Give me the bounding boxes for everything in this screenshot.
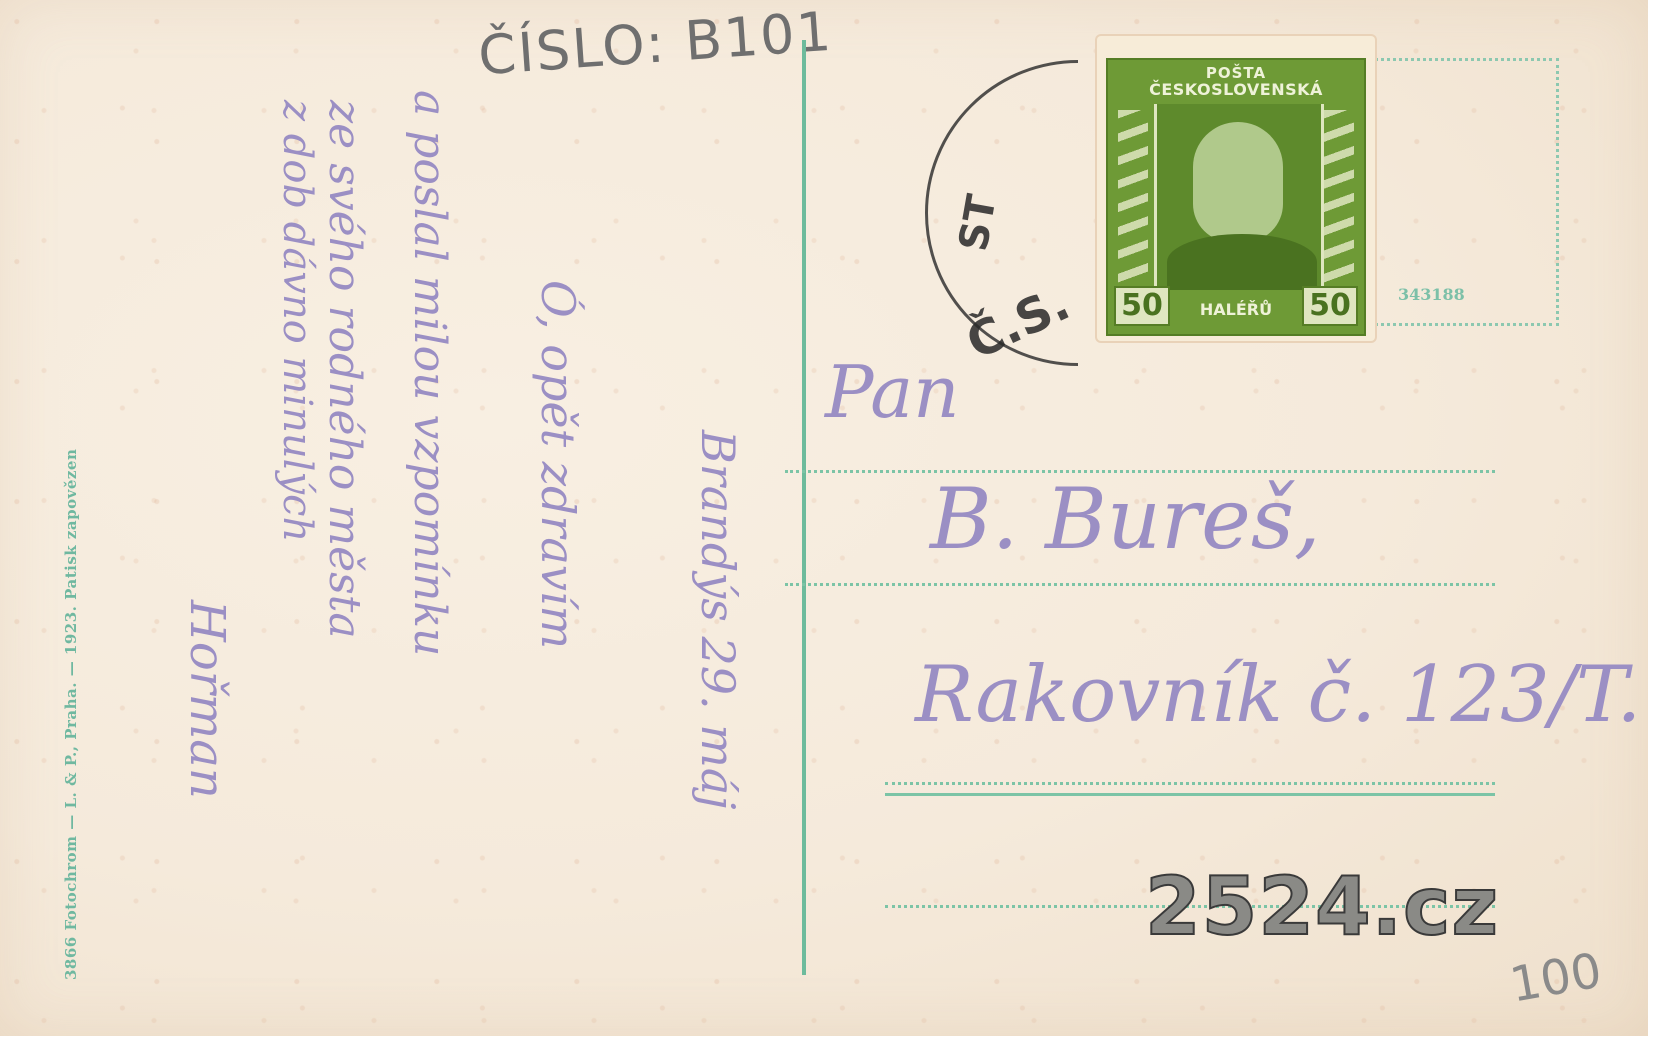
address-name: B. Bureš, bbox=[930, 470, 1321, 568]
address-line-3 bbox=[885, 782, 1495, 785]
postcard-back: ČÍSLO: B101 3866 Fotochrom — L. & P., Pr… bbox=[0, 0, 1648, 1036]
message-signature: Hořman bbox=[179, 600, 235, 799]
address-line-2 bbox=[785, 583, 1495, 586]
portrait-head bbox=[1193, 122, 1283, 242]
stamp-currency: HALÉŘŮ bbox=[1172, 290, 1300, 326]
message-line-4: z dob dávno minulých bbox=[274, 100, 320, 542]
address-underline bbox=[885, 793, 1495, 796]
message-line-3: ze svého rodného města bbox=[319, 100, 370, 639]
center-divider bbox=[802, 40, 806, 975]
stamp-frame: POŠTA ČESKOSLOVENSKÁ 50 HALÉŘŮ 50 bbox=[1106, 58, 1366, 336]
printer-imprint: 3866 Fotochrom — L. & P., Praha. — 1923.… bbox=[62, 449, 80, 980]
site-watermark: 2524.cz bbox=[1145, 860, 1499, 953]
laurel-right-icon bbox=[1324, 110, 1354, 290]
stamp-value-left: 50 bbox=[1114, 286, 1170, 326]
postmark-text-left: ST bbox=[951, 191, 1006, 254]
address-salutation: Pan bbox=[825, 350, 960, 434]
portrait-body bbox=[1167, 234, 1317, 290]
laurel-left-icon bbox=[1118, 110, 1148, 290]
stamp-title-country: ČESKOSLOVENSKÁ bbox=[1108, 80, 1364, 99]
message-date: Brandýs 29. máj bbox=[691, 430, 745, 810]
postage-stamp: POŠTA ČESKOSLOVENSKÁ 50 HALÉŘŮ 50 bbox=[1097, 36, 1375, 341]
address-city: Rakovník č. 123/T. bbox=[915, 650, 1641, 740]
message-line-2: a poslal milou vzpomínku bbox=[404, 90, 455, 656]
stamp-portrait bbox=[1154, 104, 1324, 290]
stamp-value-right: 50 bbox=[1302, 286, 1358, 326]
message-line-1: Ó, opět zdravím bbox=[531, 280, 585, 649]
serial-number: 343188 bbox=[1398, 285, 1465, 304]
